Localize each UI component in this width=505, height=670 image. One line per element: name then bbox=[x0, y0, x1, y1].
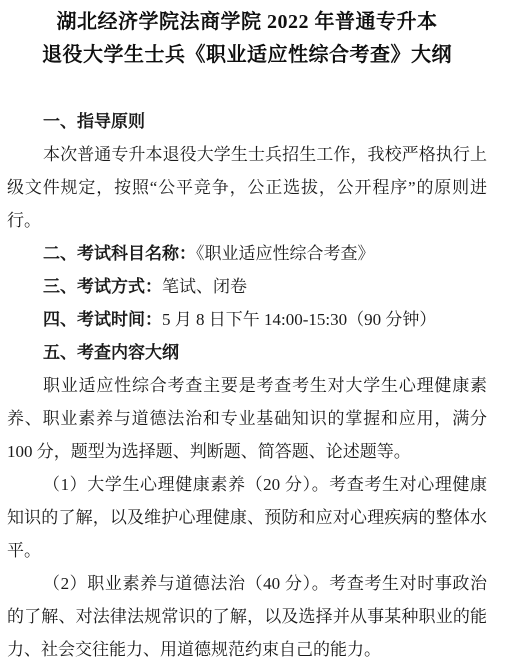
part-1-psychology-line-3: 平。 bbox=[7, 534, 487, 567]
document-title-line-2: 退役大学生士兵《职业适应性综合考查》大纲 bbox=[7, 39, 487, 72]
section-1-heading: 一、指导原则 bbox=[7, 105, 487, 138]
exam-subject-label: 二、考试科目名称： bbox=[43, 244, 196, 263]
section-5-heading: 五、考查内容大纲 bbox=[7, 336, 487, 369]
exam-subject-line: 二、考试科目名称：《职业适应性综合考查》 bbox=[7, 237, 487, 270]
exam-subject-value: 《职业适应性综合考查》 bbox=[196, 244, 375, 263]
outline-overview-line-2: 养、职业素养与道德法治和专业基础知识的掌握和应用，满分 bbox=[7, 402, 487, 435]
exam-time-value: 5 月 8 日下午 14:00-15:30（90 分钟） bbox=[162, 310, 436, 329]
exam-format-value: 笔试、闭卷 bbox=[162, 277, 247, 296]
guiding-principle-line-3: 行。 bbox=[7, 204, 487, 237]
exam-time-line: 四、考试时间：5 月 8 日下午 14:00-15:30（90 分钟） bbox=[7, 303, 487, 336]
outline-overview-line-3: 100 分，题型为选择题、判断题、简答题、论述题等。 bbox=[7, 435, 487, 468]
exam-outline-document: 湖北经济学院法商学院 2022 年普通专升本 退役大学生士兵《职业适应性综合考查… bbox=[7, 6, 487, 666]
document-page: { "meta": { "background_color": "#ffffff… bbox=[0, 0, 505, 670]
part-1-psychology-line-2: 知识的了解，以及维护心理健康、预防和应对心理疾病的整体水 bbox=[7, 501, 487, 534]
outline-overview-line-1: 职业适应性综合考查主要是考查考生对大学生心理健康素 bbox=[7, 369, 487, 402]
exam-format-line: 三、考试方式：笔试、闭卷 bbox=[7, 270, 487, 303]
part-2-ethics-line-2: 的了解、对法律法规常识的了解，以及选择并从事某种职业的能 bbox=[7, 600, 487, 633]
part-1-psychology-line-1: （1）大学生心理健康素养（20 分）。考查考生对心理健康 bbox=[7, 468, 487, 501]
part-2-ethics-line-1: （2）职业素养与道德法治（40 分）。考查考生对时事政治 bbox=[7, 567, 487, 600]
part-2-ethics-line-3: 力、社会交往能力、用道德规范约束自己的能力。 bbox=[7, 633, 487, 666]
exam-time-label: 四、考试时间： bbox=[43, 310, 162, 329]
title-body-gap bbox=[7, 72, 487, 105]
exam-format-label: 三、考试方式： bbox=[43, 277, 162, 296]
guiding-principle-line-2: 级文件规定，按照“公平竞争，公正选拔，公开程序”的原则进 bbox=[7, 171, 487, 204]
document-title-line-1: 湖北经济学院法商学院 2022 年普通专升本 bbox=[7, 6, 487, 39]
guiding-principle-line-1: 本次普通专升本退役大学生士兵招生工作，我校严格执行上 bbox=[7, 138, 487, 171]
